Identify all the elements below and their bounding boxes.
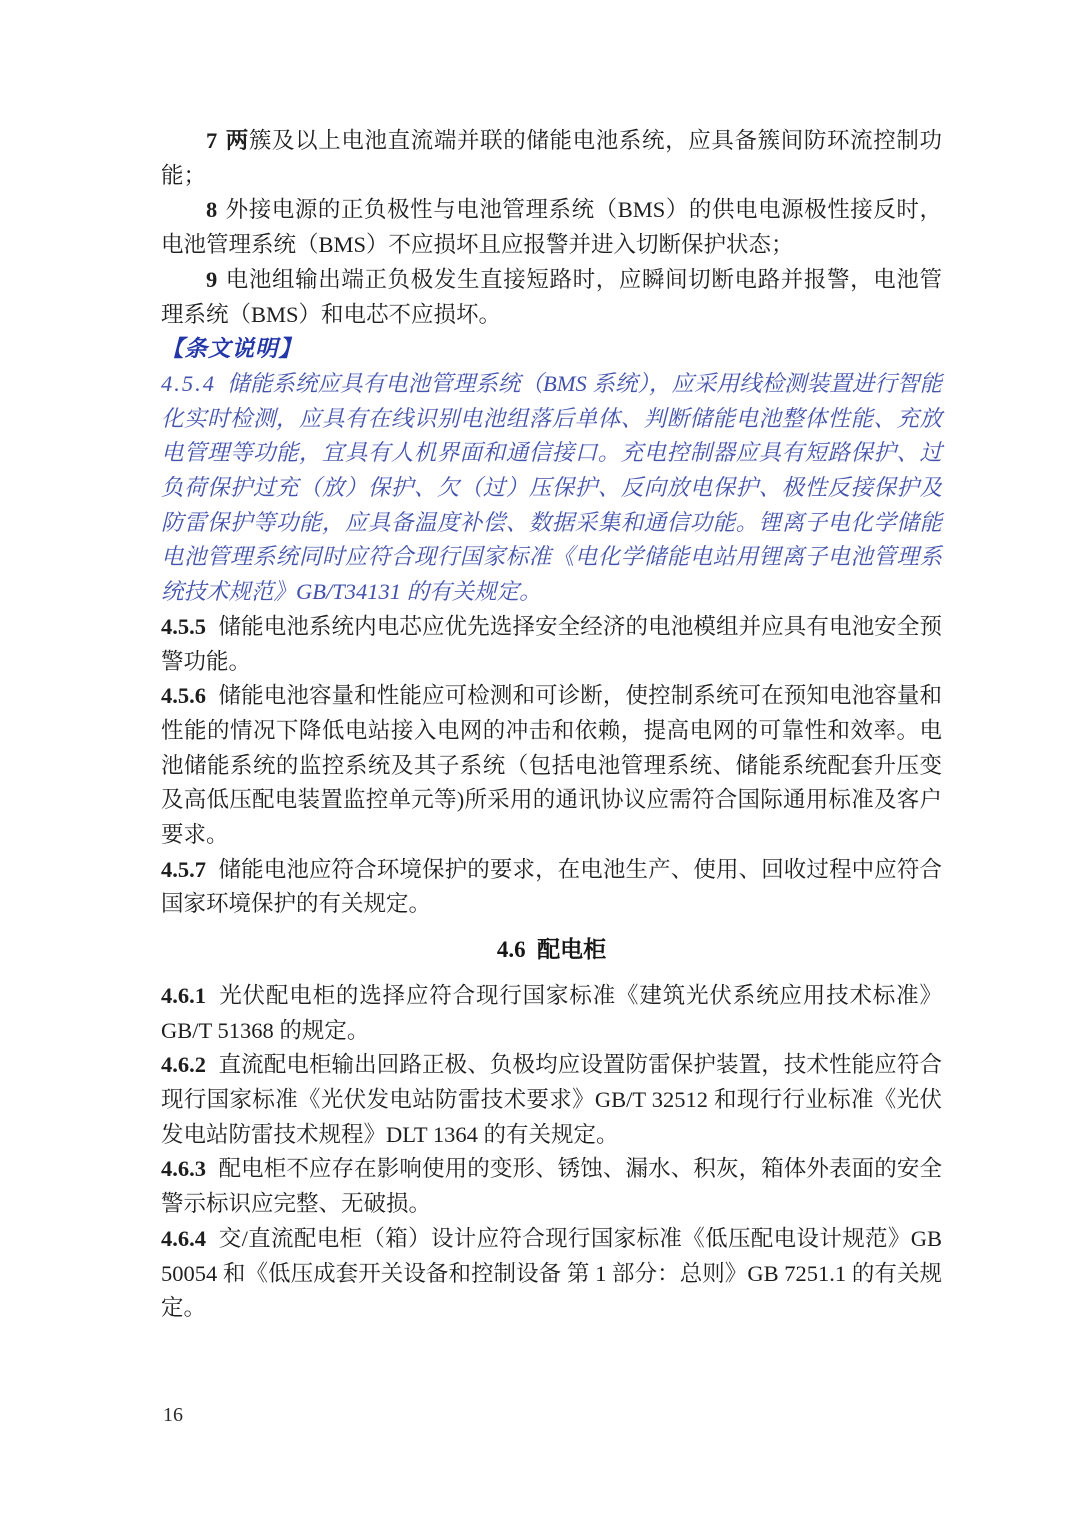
item-8-number: 8 [206,197,217,222]
commentary-clause-number: 4.5.4 [161,371,216,396]
page-content: 7两簇及以上电池直流端并联的储能电池系统，应具备簇间防环流控制功能； 8外接电源… [161,124,942,1326]
clause-4-5-5-number: 4.5.5 [161,614,206,639]
document-page: 7两簇及以上电池直流端并联的储能电池系统，应具备簇间防环流控制功能； 8外接电源… [0,0,1080,1527]
clause-4-6-4-text: 交/直流配电柜（箱）设计应符合现行国家标准《低压配电设计规范》GB 50054 … [161,1226,942,1320]
page-number: 16 [163,1404,183,1427]
item-7-text: 簇及以上电池直流端并联的储能电池系统，应具备簇间防环流控制功能； [161,128,942,188]
clause-4-6-3-text: 配电柜不应存在影响使用的变形、锈蚀、漏水、积灰，箱体外表面的安全警示标识应完整、… [161,1156,942,1216]
clause-4-6-3-number: 4.6.3 [161,1156,206,1181]
item-7-number: 7 [206,128,217,153]
clause-4-5-6-number: 4.5.6 [161,683,206,708]
clause-4-5-6-text: 储能电池容量和性能应可检测和可诊断，使控制系统可在预知电池容量和性能的情况下降低… [161,683,942,847]
clause-4-5-6: 4.5.6储能电池容量和性能应可检测和可诊断，使控制系统可在预知电池容量和性能的… [161,679,942,853]
clause-4-6-2-text: 直流配电柜输出回路正极、负极均应设置防雷保护装置，技术性能应符合现行国家标准《光… [161,1052,942,1146]
item-9-text: 电池组输出端正负极发生直接短路时，应瞬间切断电路并报警，电池管理系统（BMS）和… [161,267,942,327]
item-9-number: 9 [206,267,217,292]
clause-4-5-5: 4.5.5储能电池系统内电芯应优先选择安全经济的电池模组并应具有电池安全预警功能… [161,610,942,679]
section-heading-4-6: 4.6配电柜 [161,933,942,968]
section-heading-title: 配电柜 [537,937,606,962]
commentary-text: 储能系统应具有电池管理系统（BMS 系统），应采用线检测装置进行智能化实时检测，… [161,371,942,604]
section-heading-number: 4.6 [497,937,526,962]
clause-4-5-7-number: 4.5.7 [161,857,206,882]
clause-4-5-5-text: 储能电池系统内电芯应优先选择安全经济的电池模组并应具有电池安全预警功能。 [161,614,942,674]
clause-4-6-4-number: 4.6.4 [161,1226,206,1251]
commentary-label: 【条文说明】 [161,332,942,367]
clause-4-6-1-number: 4.6.1 [161,983,206,1008]
clause-4-6-3: 4.6.3配电柜不应存在影响使用的变形、锈蚀、漏水、积灰，箱体外表面的安全警示标… [161,1152,942,1221]
item-8-text: 外接电源的正负极性与电池管理系统（BMS）的供电电源极性接反时，电池管理系统（B… [161,197,942,257]
clause-item-8: 8外接电源的正负极性与电池管理系统（BMS）的供电电源极性接反时，电池管理系统（… [161,193,942,262]
item-7-lead: 两 [225,128,249,153]
clause-4-6-2-number: 4.6.2 [161,1052,206,1077]
clause-item-7: 7两簇及以上电池直流端并联的储能电池系统，应具备簇间防环流控制功能； [161,124,942,193]
clause-4-6-1: 4.6.1光伏配电柜的选择应符合现行国家标准《建筑光伏系统应用技术标准》GB/T… [161,979,942,1048]
clause-item-9: 9电池组输出端正负极发生直接短路时，应瞬间切断电路并报警，电池管理系统（BMS）… [161,263,942,332]
clause-4-6-2: 4.6.2直流配电柜输出回路正极、负极均应设置防雷保护装置，技术性能应符合现行国… [161,1048,942,1152]
clause-4-5-7: 4.5.7储能电池应符合环境保护的要求，在电池生产、使用、回收过程中应符合国家环… [161,853,942,922]
clause-4-6-4: 4.6.4交/直流配电柜（箱）设计应符合现行国家标准《低压配电设计规范》GB 5… [161,1222,942,1326]
clause-4-6-1-text: 光伏配电柜的选择应符合现行国家标准《建筑光伏系统应用技术标准》GB/T 5136… [161,983,942,1043]
commentary-clause-4-5-4: 4.5.4储能系统应具有电池管理系统（BMS 系统），应采用线检测装置进行智能化… [161,367,942,610]
clause-4-5-7-text: 储能电池应符合环境保护的要求，在电池生产、使用、回收过程中应符合国家环境保护的有… [161,857,942,917]
